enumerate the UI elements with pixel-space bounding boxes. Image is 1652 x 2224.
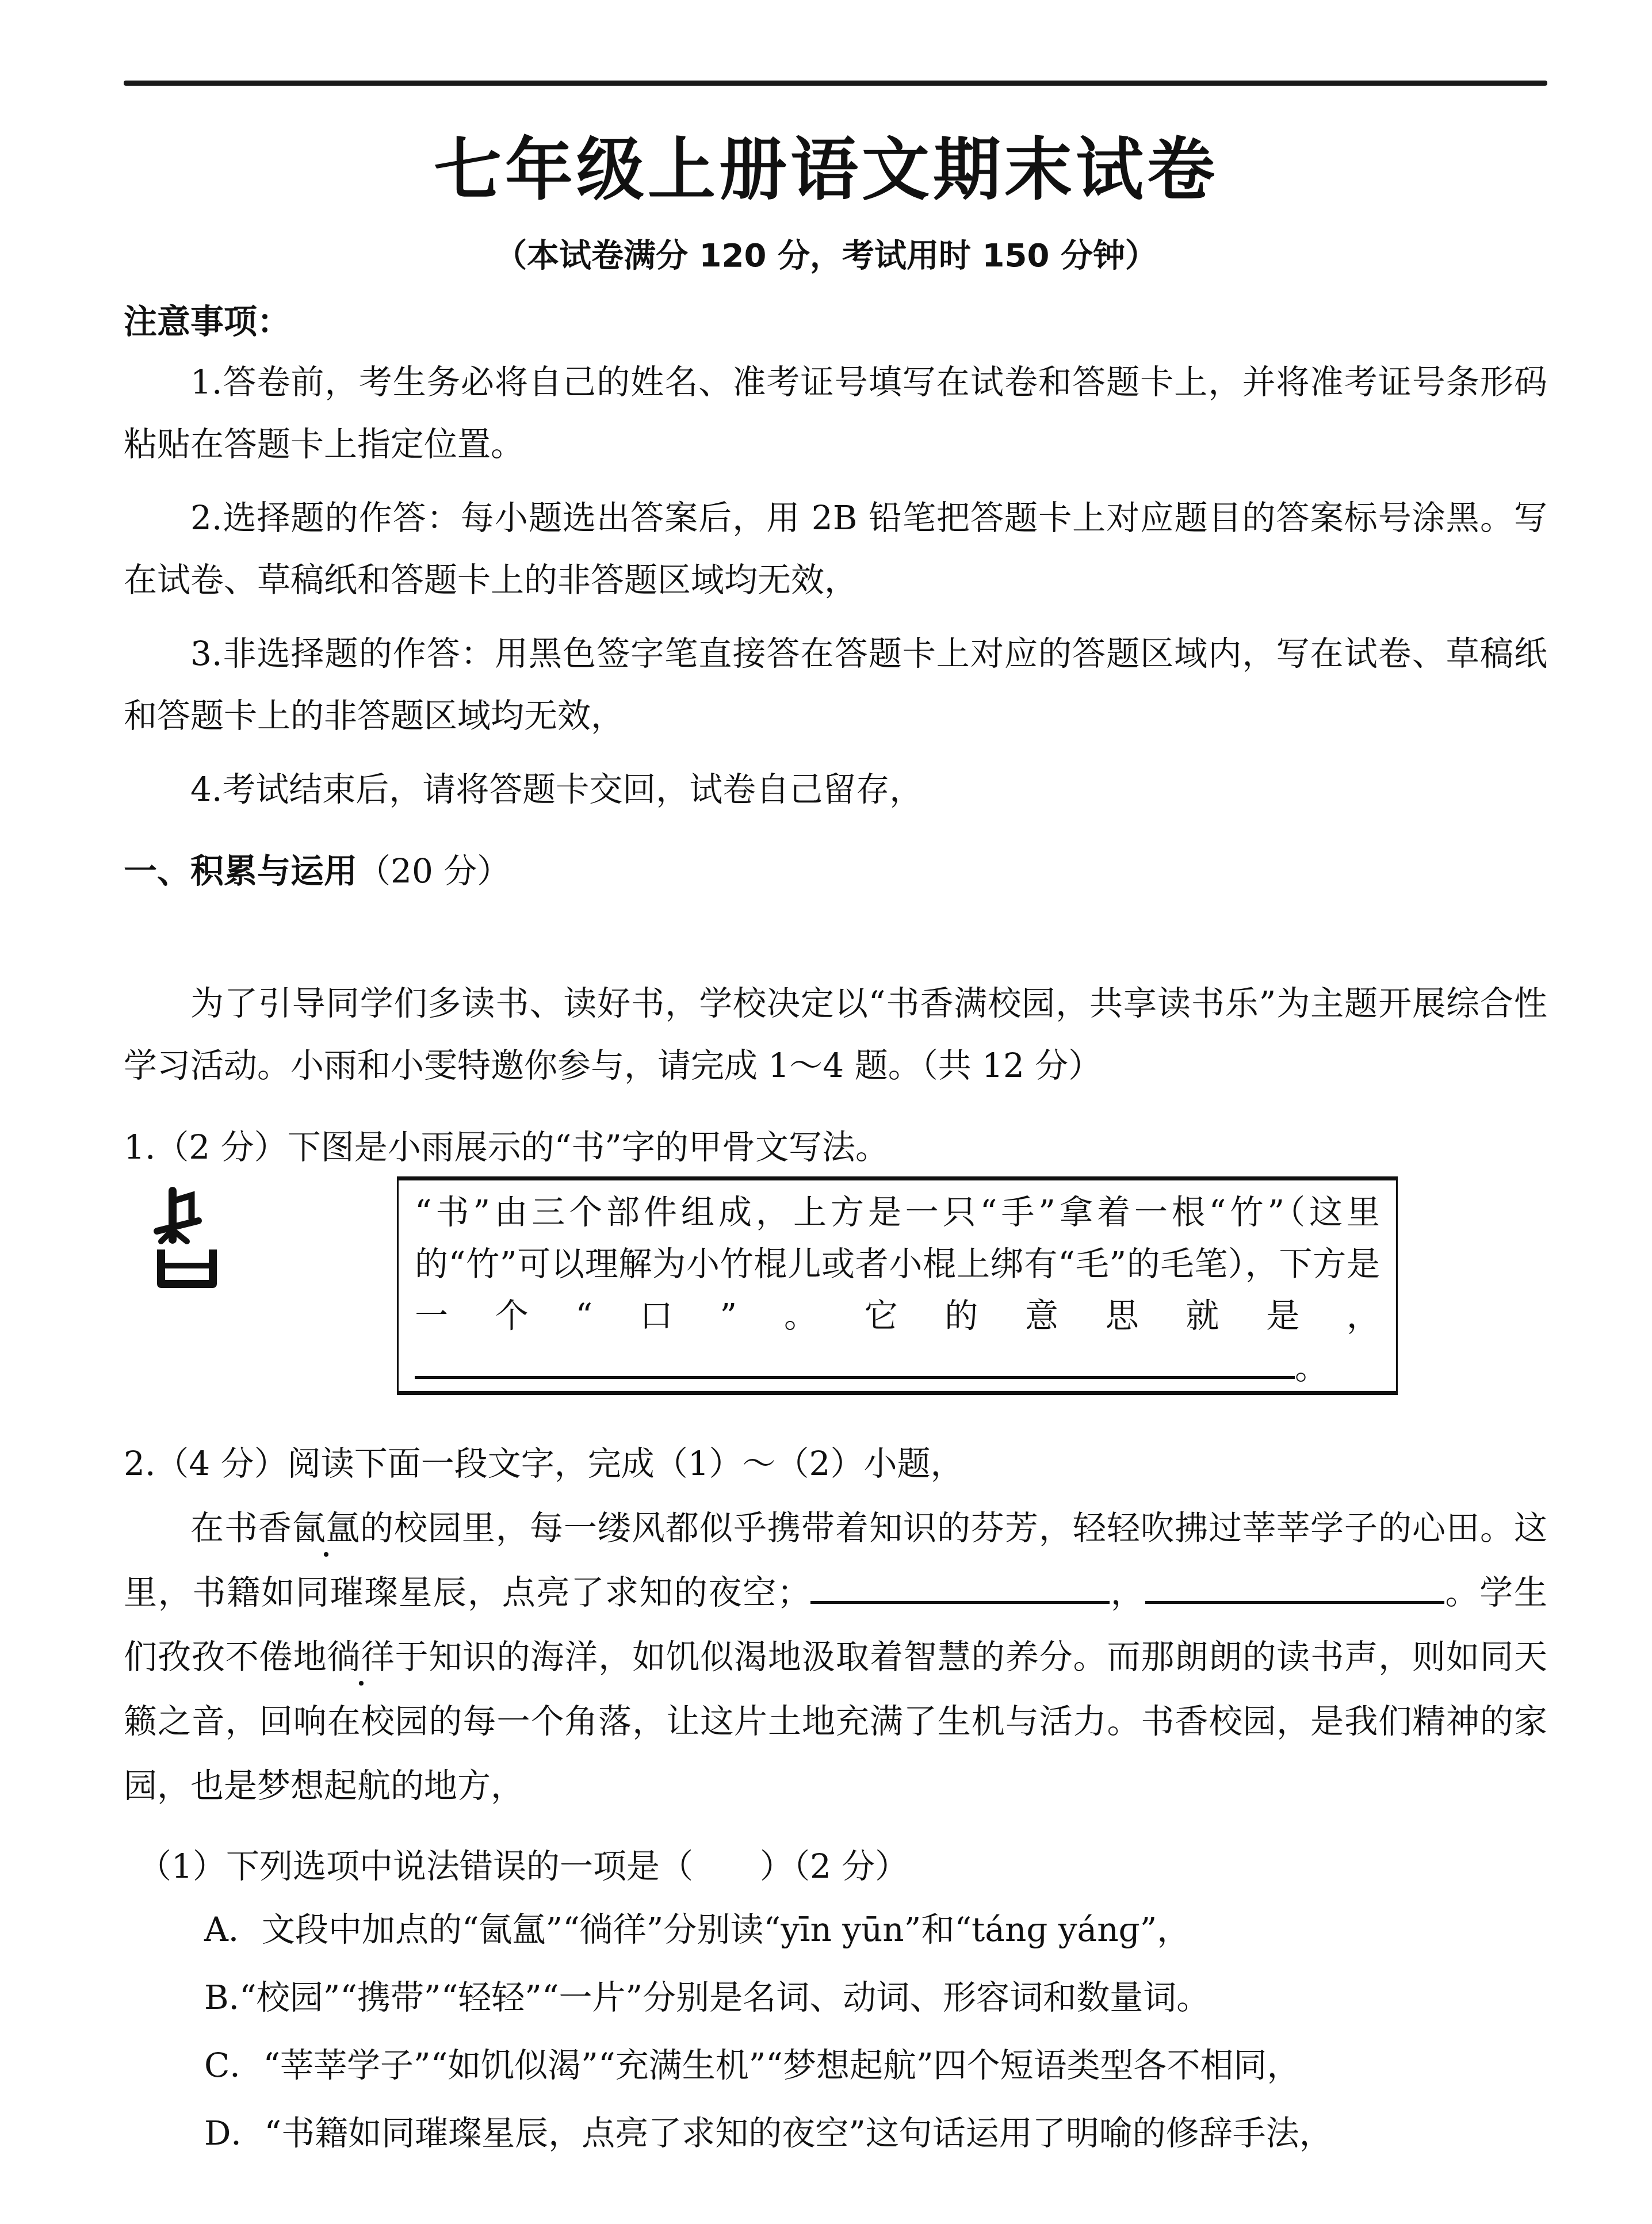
top-rule	[124, 81, 1547, 86]
section-heading: 一、积累与运用（20 分）	[124, 840, 1547, 902]
dotted-word-yinyun: 氤氲	[292, 1508, 360, 1547]
notice-item: 2.选择题的作答：每小题选出答案后，用 2B 铅笔把答题卡上对应题目的答案标号涂…	[124, 487, 1547, 611]
exam-subtitle: （本试卷满分 120 分，考试用时 150 分钟）	[0, 230, 1652, 276]
subquestion-1-options: A．文段中加点的“氤氲”“徜徉”分别读“yīn yūn”和“tánɡ yánɡ”…	[124, 1898, 1547, 2170]
notice-item: 4.考试结束后，请将答题卡交回，试卷自己留存，	[124, 758, 1547, 820]
question-1-box-text: “书”由三个部件组成，上方是一只“手”拿着一根“竹”（这里的“竹”可以理解为小竹…	[415, 1193, 1380, 1335]
subquestion-1-stem: （1）下列选项中说法错误的一项是（ ）（2 分）	[138, 1835, 1562, 1897]
option-c: C．“莘莘学子”“如饥似渴”“充满生机”“梦想起航”四个短语类型各不相同，	[124, 2034, 1547, 2096]
option-a: A．文段中加点的“氤氲”“徜徉”分别读“yīn yūn”和“tánɡ yánɡ”…	[124, 1898, 1547, 1961]
section-intro: 为了引导同学们多读书、读好书，学校决定以“书香满校园，共享读书乐”为主题开展综合…	[124, 972, 1547, 1096]
dotted-word-changyang: 徜徉	[327, 1637, 395, 1676]
question-2-stem: 2.（4 分）阅读下面一段文字，完成（1）～（2）小题，	[124, 1432, 1547, 1495]
oracle-bone-shu-icon	[147, 1185, 244, 1289]
answer-blank[interactable]	[415, 1376, 1295, 1379]
intro-text: 为了引导同学们多读书、读好书，学校决定以“书香满校园，共享读书乐”为主题开展综合…	[124, 972, 1547, 1096]
notice-title: 注意事项：	[124, 291, 1547, 353]
passage-text: 在书香氤氲的校园里，每一缕风都似乎携带着知识的芬芳，轻轻吹拂过莘莘学子的心田。这…	[124, 1496, 1547, 1818]
section-heading-label: 一、积累与运用	[124, 851, 357, 891]
notice-list: 1.答卷前，考生务必将自己的姓名、准考证号填写在试卷和答题卡上，并将准考证号条形…	[124, 351, 1547, 832]
option-d: D．“书籍如同璀璨星辰，点亮了求知的夜空”这句话运用了明喻的修辞手法，	[124, 2102, 1547, 2164]
notice-item: 1.答卷前，考生务必将自己的姓名、准考证号填写在试卷和答题卡上，并将准考证号条形…	[124, 351, 1547, 475]
question-1-box: “书”由三个部件组成，上方是一只“手”拿着一根“竹”（这里的“竹”可以理解为小竹…	[397, 1176, 1398, 1395]
page-title: 七年级上册语文期末试卷	[0, 115, 1652, 213]
period: 。	[1295, 1348, 1328, 1387]
question-1-stem: 1.（2 分）下图是小雨展示的“书”字的甲骨文写法。	[124, 1116, 1547, 1178]
fill-blank-2[interactable]	[1145, 1601, 1444, 1604]
fill-blank-1[interactable]	[810, 1601, 1110, 1604]
section-score: （20 分）	[357, 851, 510, 891]
reading-passage: 在书香氤氲的校园里，每一缕风都似乎携带着知识的芬芳，轻轻吹拂过莘莘学子的心田。这…	[124, 1496, 1547, 1818]
notice-item: 3.非选择题的作答：用黑色签字笔直接答在答题卡上对应的答题区域内，写在试卷、草稿…	[124, 622, 1547, 747]
option-b: B.“校园”“携带”“轻轻”“一片”分别是名词、动词、形容词和数量词。	[124, 1966, 1547, 2028]
